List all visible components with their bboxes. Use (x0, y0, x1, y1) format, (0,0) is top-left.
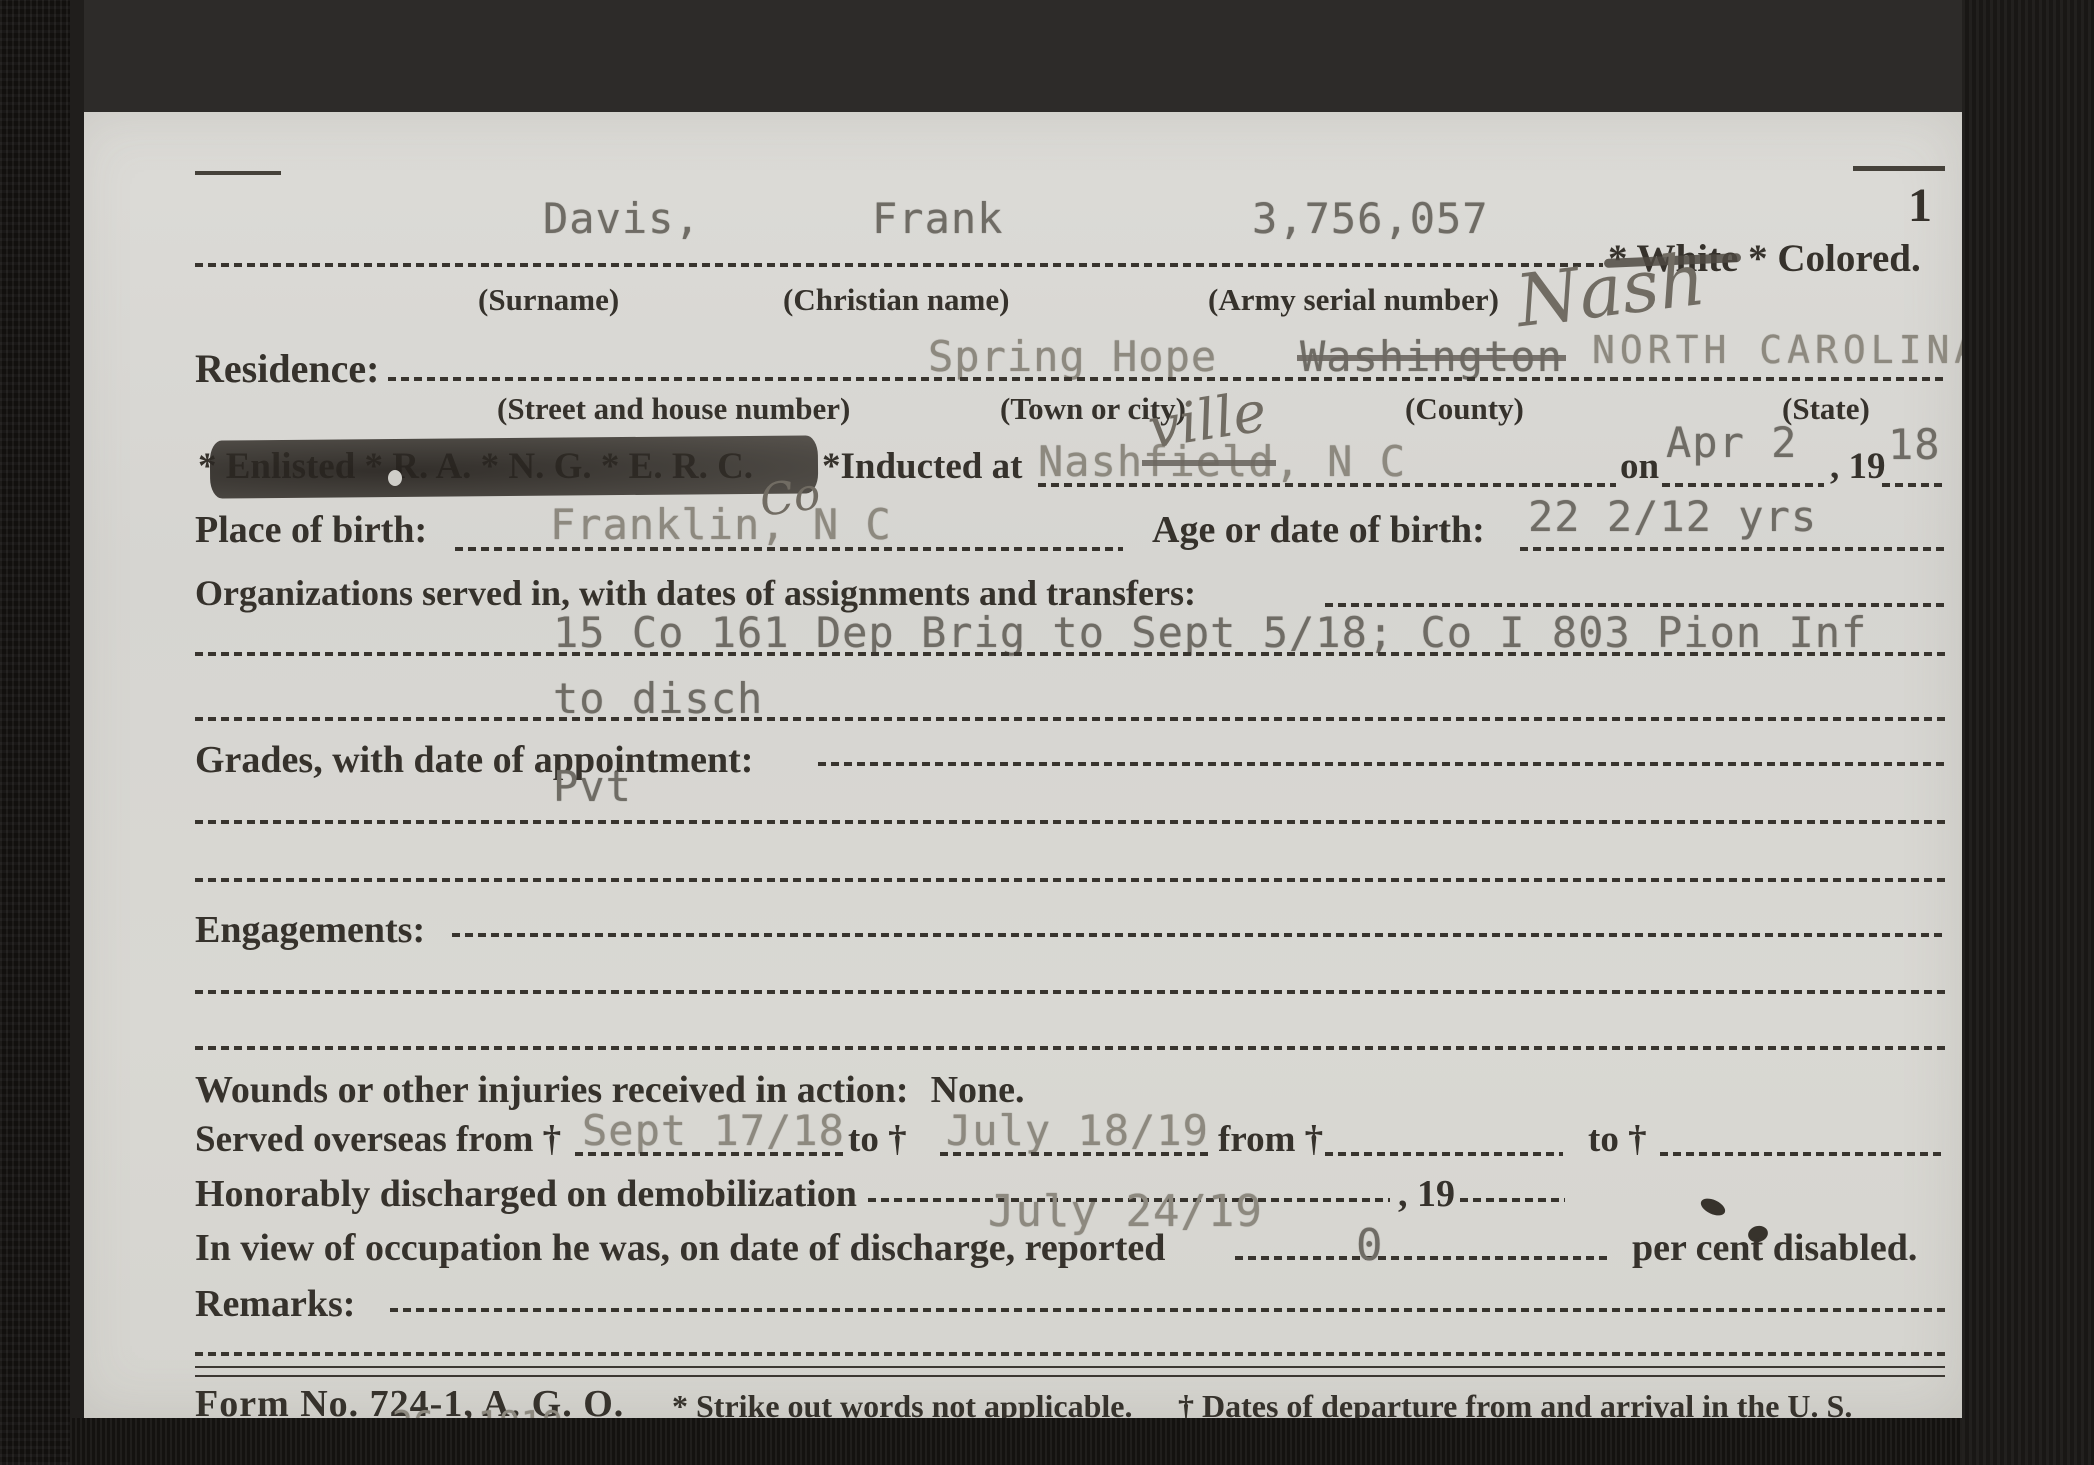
race-colored: * Colored. (1738, 237, 1920, 280)
overseas-to2-label: to † (1588, 1118, 1647, 1161)
overseas-to1-value: July 18/19 (946, 1106, 1209, 1155)
grades-label: Grades, with date of appointment: (195, 738, 753, 782)
rule-overseas-2 (940, 1152, 1212, 1156)
rule-residence (388, 377, 1945, 381)
engagements-label: Engagements: (195, 908, 425, 952)
residence-label: Residence: (195, 345, 379, 392)
place-of-birth-value: Franklin, N C (550, 500, 892, 549)
overseas-from1-value: Sept 17/18 (582, 1106, 845, 1155)
rule-remarks (390, 1308, 1945, 1312)
inducted-place-state: , N C (1275, 437, 1406, 486)
rule-grades-1 (195, 820, 1945, 824)
rule-grades-head (818, 762, 1945, 766)
disability-value: 0 (1356, 1220, 1384, 1271)
rule-organizations-2 (195, 717, 1945, 721)
discharge-year-label: , 19 (1398, 1172, 1455, 1216)
serial-number-value: 3,756,057 (1252, 194, 1489, 243)
rule-engagements-1 (195, 990, 1945, 994)
scan-border-bottom (70, 1418, 1962, 1465)
residence-county-struck: Washington (1300, 332, 1563, 381)
remarks-label: Remarks: (195, 1282, 355, 1326)
rule-inducted (1038, 483, 1616, 487)
county-label: (County) (1405, 391, 1524, 427)
year-19-label: , 19 (1830, 445, 1886, 488)
overseas-from2-label: from † (1218, 1118, 1323, 1161)
handwritten-co: Co (757, 468, 824, 527)
rule-overseas-1 (575, 1152, 843, 1156)
surname-value: Davis, (543, 194, 701, 243)
scan-border-left (0, 0, 70, 1465)
induction-year-value: 18 (1888, 420, 1941, 469)
rule-induction-date (1662, 483, 1824, 487)
scan-border-right (1962, 0, 2094, 1465)
rule-discharge-year (1460, 1198, 1565, 1202)
induction-date-value: Apr 2 (1666, 418, 1797, 467)
scan-gutter (70, 0, 84, 1465)
rule-engagements-head (452, 933, 1945, 937)
top-left-tick (195, 171, 281, 175)
rule-disability (1235, 1256, 1610, 1260)
organizations-line1: 15 Co 161 Dep Brig to Sept 5/18; Co I 80… (553, 608, 1867, 657)
surname-label: (Surname) (478, 282, 619, 318)
rule-place-of-birth (455, 547, 1123, 551)
rule-grades-2 (195, 878, 1945, 882)
rule-induction-year (1882, 483, 1944, 487)
rule-name-row (195, 263, 1603, 267)
street-label: (Street and house number) (497, 391, 850, 427)
residence-state-value: NORTH CAROLINA (1592, 328, 1982, 372)
inducted-place-prefix: Nash (1038, 437, 1143, 486)
rule-organizations-1 (195, 652, 1945, 656)
scan-border-top (70, 0, 1985, 112)
discharge-label: Honorably discharged on demobilization (195, 1172, 857, 1216)
place-of-birth-label: Place of birth: (195, 508, 427, 552)
age-value: 22 2/12 yrs (1528, 492, 1817, 541)
rule-bottom-dashed (195, 1352, 1945, 1356)
rule-age (1520, 547, 1944, 551)
rule-engagements-2 (195, 1046, 1945, 1050)
residence-town-value: Spring Hope (928, 332, 1217, 381)
christian-name-value: Frank (872, 194, 1003, 243)
organizations-line2: to disch (553, 674, 763, 723)
page-number: 1 (1908, 178, 1932, 233)
disability-label: In view of occupation he was, on date of… (195, 1226, 1165, 1270)
overseas-from1-label: Served overseas from † (195, 1118, 561, 1161)
on-label: on (1620, 445, 1659, 488)
rule-bottom-double (195, 1366, 1945, 1377)
inducted-at-label: *Inducted at (822, 445, 1022, 488)
rule-overseas-4 (1660, 1152, 1945, 1156)
scanned-service-record-card: 1 Davis, Frank 3,756,057 * White * Color… (0, 0, 2094, 1465)
overseas-to1-label: to † (848, 1118, 907, 1161)
serial-number-label: (Army serial number) (1208, 282, 1499, 318)
top-right-tick (1853, 166, 1945, 171)
ink-strikeout-smear (210, 435, 818, 498)
grades-value: Pvt (553, 762, 632, 811)
age-label: Age or date of birth: (1152, 508, 1485, 552)
disability-suffix: per cent disabled. (1632, 1226, 1917, 1270)
rule-overseas-3 (1325, 1152, 1563, 1156)
smear-gap-dot (388, 470, 402, 486)
rule-organizations-head (1325, 603, 1945, 607)
christian-name-label: (Christian name) (783, 282, 1009, 318)
